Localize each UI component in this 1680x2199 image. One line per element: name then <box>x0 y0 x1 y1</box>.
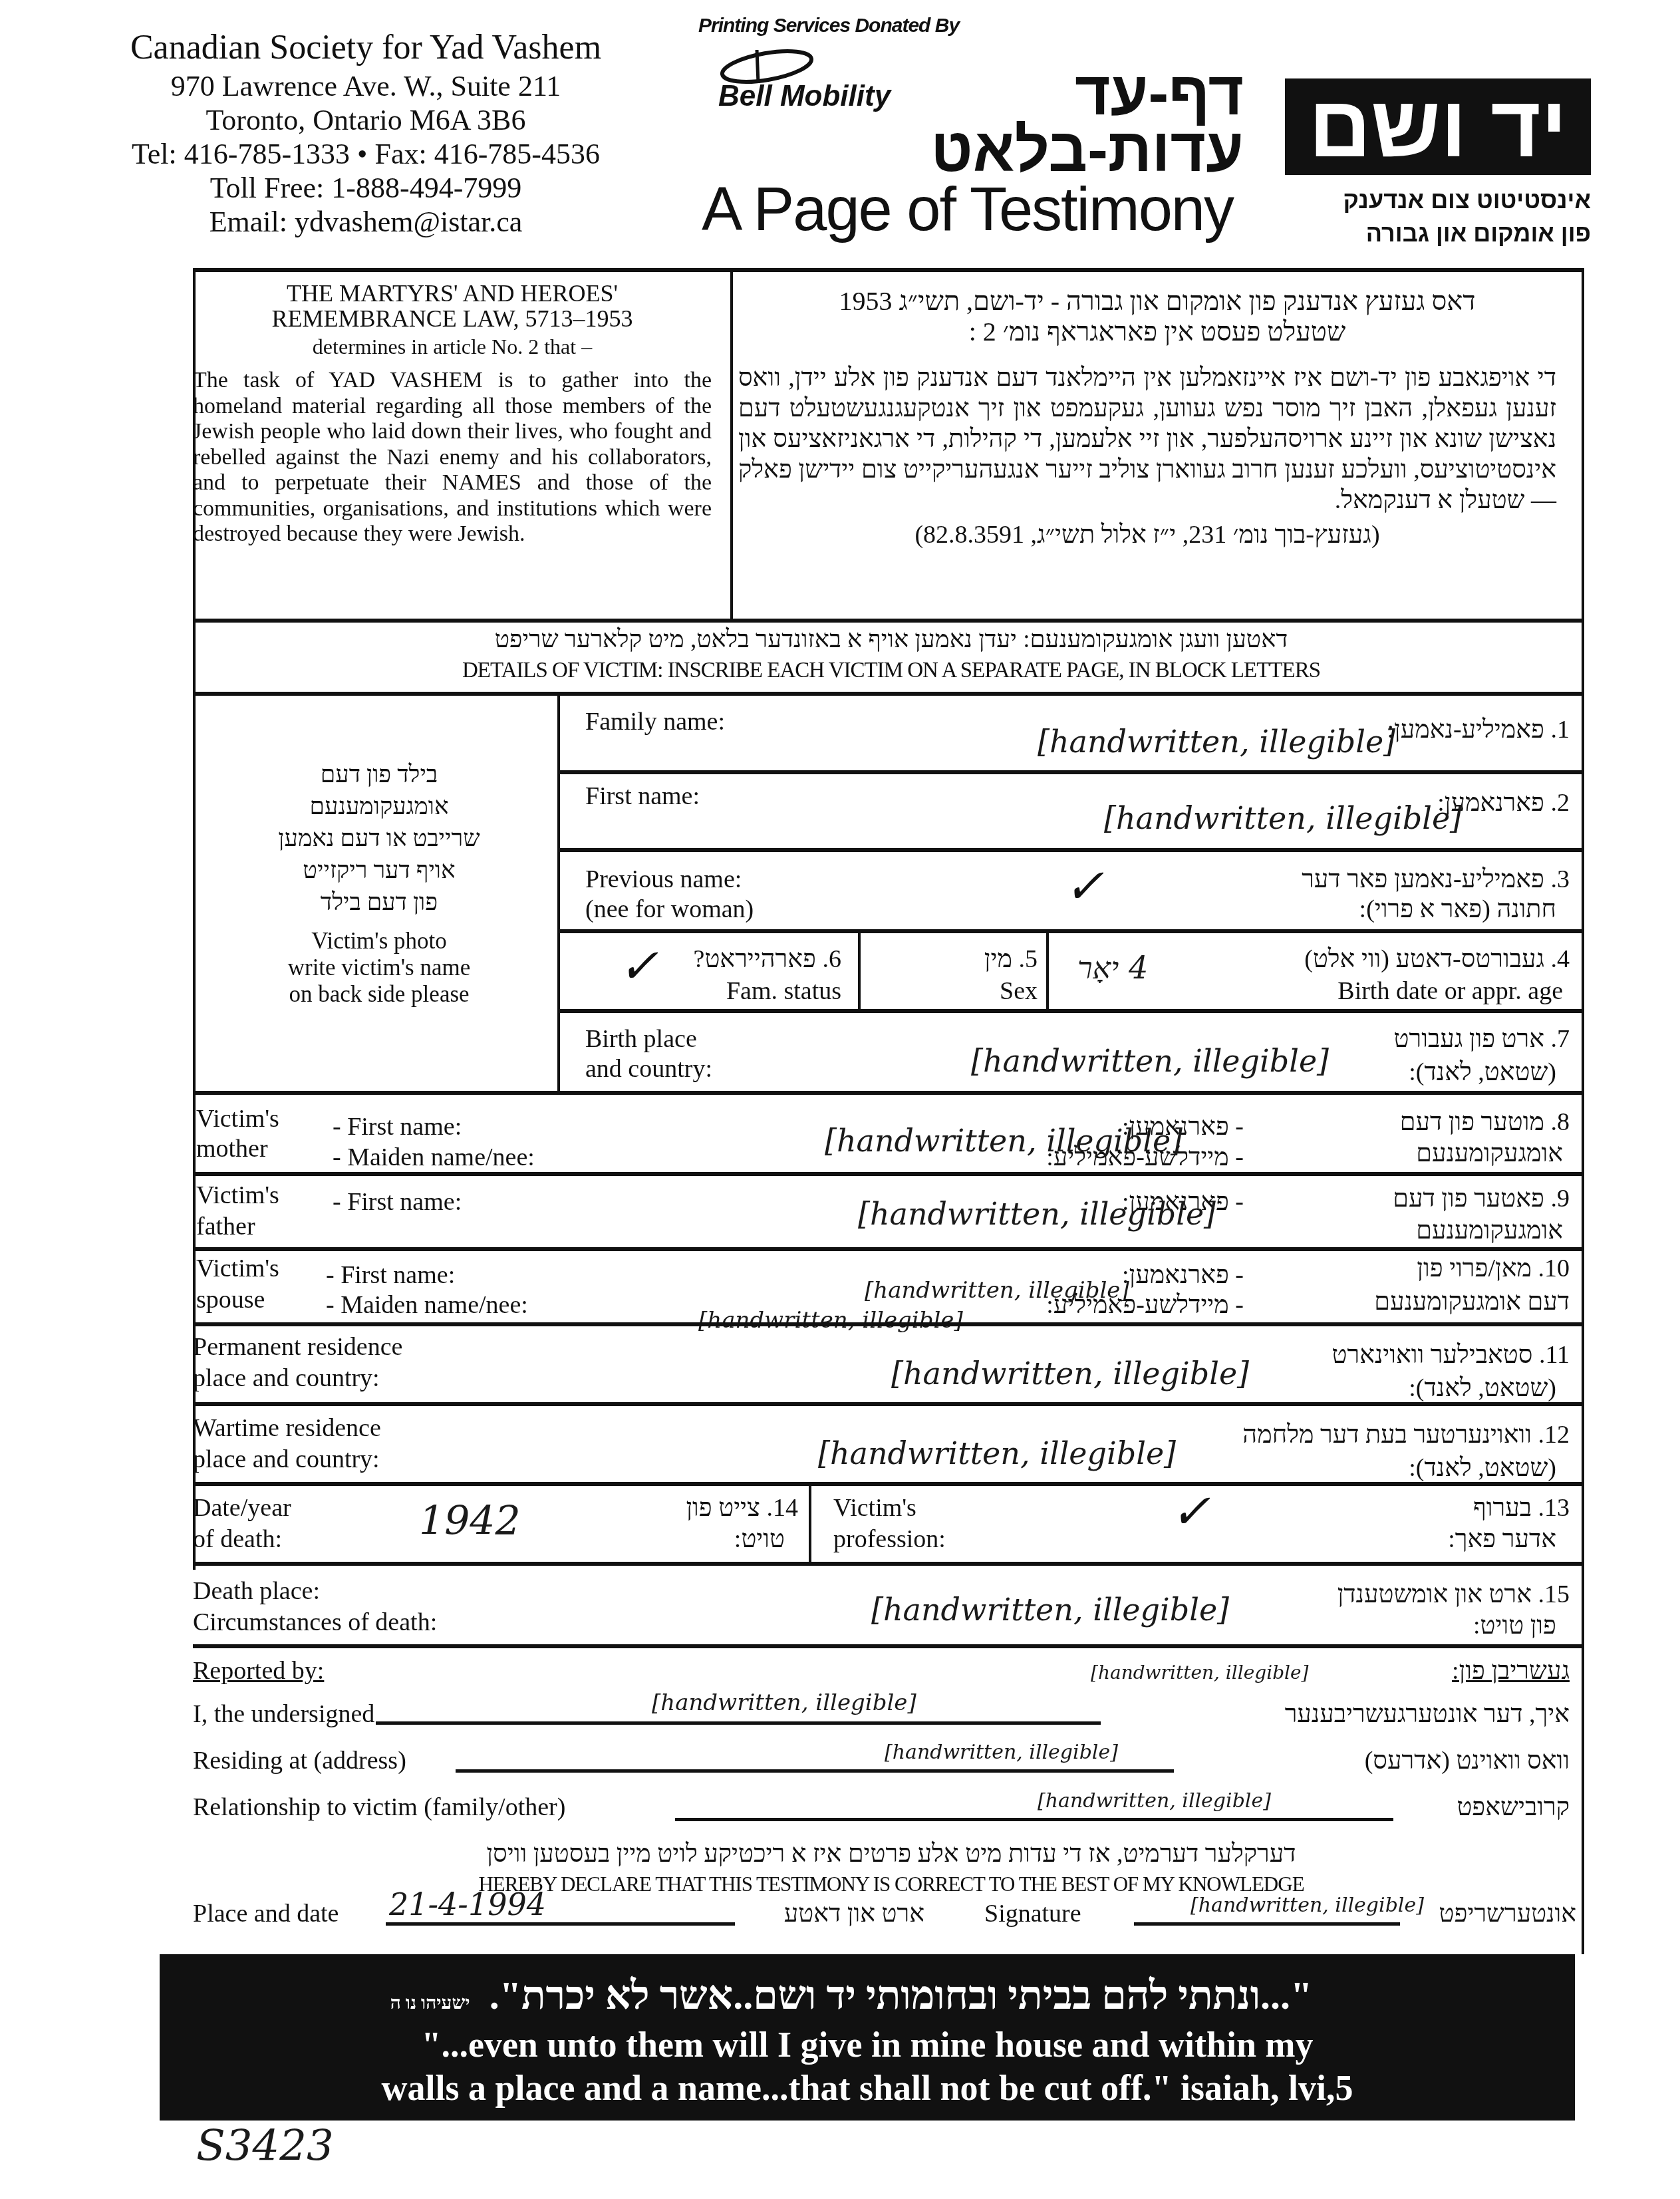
law-title-yiddish-line2: שטעלט פעסט אין פאראגראף נומ׳ 2 : <box>738 317 1576 347</box>
page-title: A Page of Testimony <box>702 176 1233 243</box>
signature-label-yiddish: אונטערשריפט <box>1403 1899 1576 1928</box>
law-title-english: THE MARTYRS' AND HEROES' REMEMBRANCE LAW… <box>200 281 705 331</box>
death-date-sublabel: of death: <box>193 1525 282 1554</box>
birth-place-sublabel: and country: <box>585 1054 712 1084</box>
row-divider <box>557 1009 1584 1013</box>
permanent-residence-value[interactable]: [handwritten, illegible] <box>891 1357 1249 1390</box>
photo-box-yiddish: בילד פון דעם אומגעקומענעם שרייבט או דעם … <box>203 758 555 918</box>
spouse-first-name-label: - First name: <box>326 1260 455 1290</box>
mother-heading-line2: mother <box>196 1134 268 1163</box>
permanent-residence-label: Permanent residence <box>193 1332 402 1362</box>
death-date-value[interactable]: 1942 <box>419 1505 521 1538</box>
row-divider <box>193 1562 1584 1566</box>
organization-name: Canadian Society for Yad Vashem <box>100 27 632 69</box>
footer-hebrew-citation: ישעיהו נו ה <box>390 1993 470 2013</box>
relationship-label: Relationship to victim (family/other) <box>193 1793 565 1822</box>
logo-subtitle-line2: פון אומקום און גבורה <box>1284 220 1591 247</box>
footer-hebrew-quote: "...ונתתי להם בביתי ובחומותי יד ושם..אשר… <box>490 1974 1313 2017</box>
father-first-name-value[interactable]: [handwritten, illegible] <box>858 1197 1216 1231</box>
row-divider <box>193 1322 1584 1326</box>
family-name-label: Family name: <box>585 707 725 736</box>
death-place-label-yiddish: 15. ארט און אומשטענדן <box>1230 1580 1570 1609</box>
details-header-yiddish: דאטען וועגן אומגעקומענעם: יעדן נאמען אוי… <box>200 625 1583 654</box>
spouse-heading: Victim's <box>196 1254 279 1283</box>
law-body-english: The task of YAD VASHEM is to gather into… <box>193 368 712 547</box>
footer-hebrew: "...ונתתי להם בביתי ובחומותי יד ושם..אשר… <box>226 1973 1476 2019</box>
wartime-residence-sublabel-yiddish: (שטאט, לאנד): <box>1230 1453 1556 1483</box>
undersigned-label-yiddish: איך, דער אונטערגעשריבענער <box>1237 1699 1570 1729</box>
birth-date-label: Birth date or appr. age <box>1230 976 1563 1006</box>
death-date-label: Date/year <box>193 1493 291 1523</box>
address-label-yiddish: וואס וואוינט (אדרעס) <box>1297 1746 1570 1775</box>
photo-english-line: write victim's name <box>203 954 555 981</box>
profession-label: Victim's <box>833 1493 916 1523</box>
relationship-underline <box>675 1818 1393 1821</box>
row-divider <box>193 1644 1584 1648</box>
death-place-sublabel-yiddish: פון טויט: <box>1230 1611 1556 1640</box>
undersigned-value[interactable]: [handwritten, illegible] <box>652 1686 916 1719</box>
spouse-maiden-name-value[interactable]: [handwritten, illegible] <box>698 1304 963 1337</box>
law-title-yiddish: דאס געזעץ אנדענק פון אומקום און גבורה - … <box>738 286 1576 347</box>
cell-divider <box>858 929 861 1009</box>
photo-yiddish-line: בילד פון דעם <box>203 758 555 790</box>
birth-date-label-yiddish: 4. געבורטס-דאטע (ווי אלט) <box>1230 945 1570 974</box>
profession-value[interactable]: ✓ <box>1171 1483 1210 1540</box>
wartime-residence-sublabel: place and country: <box>193 1445 380 1474</box>
previous-name-value[interactable]: ✓ <box>1064 858 1104 915</box>
organization-toll-free: Toll Free: 1-888-494-7999 <box>100 171 632 205</box>
details-header-left-border <box>193 619 196 698</box>
place-and-date-label-yiddish: ארט און דאטע <box>738 1899 924 1928</box>
organization-address-line2: Toronto, Ontario M6A 3B6 <box>100 103 632 137</box>
wartime-residence-value[interactable]: [handwritten, illegible] <box>818 1437 1176 1470</box>
death-place-value[interactable]: [handwritten, illegible] <box>871 1593 1229 1626</box>
birth-place-label: Birth place <box>585 1024 697 1054</box>
mother-maiden-name-label: - Maiden name/nee: <box>333 1143 535 1172</box>
mother-heading: Victim's <box>196 1104 279 1133</box>
law-box-top-border <box>193 268 1584 272</box>
row-divider <box>557 770 1584 774</box>
undersigned-underline <box>376 1721 1101 1725</box>
death-date-sublabel-yiddish: טויט: <box>619 1525 785 1554</box>
law-box-divider <box>730 268 733 621</box>
law-subtitle-english: determines in article No. 2 that – <box>200 335 705 359</box>
spouse-heading-line2: spouse <box>196 1285 265 1314</box>
row-divider <box>193 1247 1584 1251</box>
previous-name-sublabel: (nee for woman) <box>585 895 754 924</box>
title-yiddish-line1: דף-עד <box>885 63 1244 124</box>
cell-divider <box>1046 929 1049 1009</box>
previous-name-sublabel-yiddish: חתונה (פאר א פרוי): <box>1197 895 1556 924</box>
form-right-border <box>1582 268 1584 1954</box>
title-yiddish-line2: עדות-בלאט <box>818 120 1244 181</box>
reported-by-label: Reported by: <box>193 1656 324 1686</box>
fam-status-label-yiddish: 6. פארהייראט? <box>665 945 841 974</box>
place-and-date-underline <box>386 1922 735 1926</box>
relationship-value[interactable]: [handwritten, illegible] <box>1038 1785 1271 1818</box>
father-heading: Victim's <box>196 1181 279 1210</box>
signature-underline <box>1134 1922 1400 1926</box>
fam-status-value[interactable]: ✓ <box>619 938 658 994</box>
family-name-value[interactable]: [handwritten, illegible] <box>1038 725 1395 758</box>
spouse-first-name-value[interactable]: [handwritten, illegible] <box>865 1274 1129 1307</box>
row-divider <box>193 1402 1584 1406</box>
photo-box-english: Victim's photo write victim's name on ba… <box>203 928 555 1008</box>
father-first-name-label: - First name: <box>333 1187 462 1217</box>
place-and-date-value[interactable]: 21-4-1994 <box>389 1888 546 1921</box>
birth-place-value[interactable]: [handwritten, illegible] <box>971 1044 1329 1078</box>
photo-yiddish-line: שרייבט או דעם נאמען <box>203 822 555 854</box>
sponsor-text: Printing Services Donated By <box>698 15 959 37</box>
organization-email: Email: ydvashem@istar.ca <box>100 205 632 239</box>
photo-yiddish-line: אומגעקומענעם <box>203 790 555 822</box>
sponsor-logo-text: Bell Mobility <box>718 80 891 113</box>
signature-value[interactable]: [handwritten, illegible] <box>1190 1889 1424 1922</box>
death-date-label-yiddish: 14. צייט פון <box>619 1493 798 1523</box>
organization-phones: Tel: 416-785-1333 • Fax: 416-785-4536 <box>100 137 632 171</box>
permanent-residence-label-yiddish: 11. סטאבילער וואוינארט <box>1230 1340 1570 1370</box>
first-name-value[interactable]: [handwritten, illegible] <box>1104 802 1462 835</box>
row-divider <box>557 929 1584 933</box>
spouse-heading-yiddish: 10. מאן/פרוי פון <box>1297 1254 1570 1283</box>
footer-english-line2: walls a place and a name...that shall no… <box>160 2067 1575 2109</box>
declaration-yiddish: דערקלער דערמיט, אז די עדות מיט אלע פרטים… <box>200 1839 1583 1868</box>
spouse-maiden-name-label: - Maiden name/nee: <box>326 1290 528 1320</box>
sex-label-yiddish: 5. מין <box>898 945 1038 974</box>
photo-english-line: on back side please <box>203 981 555 1008</box>
profession-sublabel-yiddish: אדער פאך: <box>1330 1525 1556 1554</box>
death-place-label: Death place: <box>193 1576 320 1606</box>
father-heading-yiddish: 9. פאטער פון דעם <box>1297 1184 1570 1213</box>
first-name-label: First name: <box>585 782 700 811</box>
law-body-yiddish: די אויפגאבע פון יד-ושם איז איינזאמלען אי… <box>738 363 1556 550</box>
spouse-heading-yiddish-line2: דעם אומגעקומענעם <box>1297 1287 1570 1316</box>
law-box-bottom-border <box>193 619 1584 623</box>
law-title-line2: REMEMBRANCE LAW, 5713–1953 <box>200 306 705 331</box>
row-divider <box>557 848 1584 852</box>
mother-first-name-label: - First name: <box>333 1112 462 1141</box>
mother-first-name-value[interactable]: [handwritten, illegible] <box>825 1124 1183 1157</box>
details-header-bottom-border <box>193 692 1584 696</box>
previous-name-label: Previous name: <box>585 865 742 894</box>
details-header-english: DETAILS OF VICTIM: INSCRIBE EACH VICTIM … <box>200 659 1583 683</box>
law-citation-yiddish: (געזעץ-בוך נומ׳ 231, י״ז אלול תשי״ג, 82.… <box>738 519 1556 550</box>
profession-sublabel: profession: <box>833 1525 946 1554</box>
father-heading-yiddish-line2: אומגעקומענעם <box>1297 1216 1563 1245</box>
mother-heading-yiddish-line2: אומגעקומענעם <box>1297 1139 1563 1168</box>
organization-block: Canadian Society for Yad Vashem 970 Lawr… <box>100 27 632 239</box>
row-divider <box>193 1172 1584 1176</box>
wartime-residence-label-yiddish: 12. וואוינערטער בעת דער מלחמה <box>1131 1420 1570 1449</box>
address-label: Residing at (address) <box>193 1746 406 1775</box>
law-title-line1: THE MARTYRS' AND HEROES' <box>200 281 705 306</box>
photo-box-divider <box>557 692 560 1091</box>
sex-label: Sex <box>898 976 1038 1006</box>
address-underline <box>456 1769 1174 1773</box>
row-divider <box>193 1091 1584 1095</box>
photo-yiddish-line: פון דעם בילד <box>203 886 555 918</box>
father-heading-line2: father <box>196 1212 255 1241</box>
mother-heading-yiddish: 8. מוטער פון דעם <box>1297 1107 1570 1137</box>
wartime-residence-label: Wartime residence <box>193 1413 381 1443</box>
address-value[interactable]: [handwritten, illegible] <box>885 1736 1118 1769</box>
reported-by-label-yiddish: געשריבן פון: <box>1330 1656 1570 1686</box>
circumstances-of-death-label: Circumstances of death: <box>193 1608 437 1637</box>
relationship-label-yiddish: קרובישאפט <box>1423 1793 1570 1822</box>
cell-divider <box>809 1482 811 1563</box>
birth-date-value[interactable]: 4 יאָר <box>1077 951 1148 984</box>
permanent-residence-sublabel: place and country: <box>193 1364 380 1393</box>
footer-english-line1: "...even unto them will I give in mine h… <box>160 2024 1575 2065</box>
permanent-residence-sublabel-yiddish: (שטאט, לאנד): <box>1230 1374 1556 1403</box>
reported-by-value[interactable]: [handwritten, illegible] <box>1091 1656 1309 1689</box>
yad-vashem-logo: יד ושם <box>1285 78 1591 175</box>
law-body-yiddish-text: די אויפגאבע פון יד-ושם איז איינזאמלען אי… <box>738 364 1556 514</box>
archive-number: S3423 <box>196 2122 334 2171</box>
place-and-date-label: Place and date <box>193 1899 339 1928</box>
profession-label-yiddish: 13. בערוף <box>1330 1493 1570 1523</box>
footer-quote-band: "...ונתתי להם בביתי ובחומותי יד ושם..אשר… <box>160 1954 1575 2121</box>
photo-yiddish-line: אויף דער ריקזייט <box>203 854 555 886</box>
undersigned-label: I, the undersigned <box>193 1699 374 1729</box>
fam-status-label: Fam. status <box>692 976 841 1006</box>
logo-subtitle-line1: אינסטיטוט צום אנדענק <box>1284 186 1591 214</box>
row-divider <box>193 1482 1584 1486</box>
organization-address-line1: 970 Lawrence Ave. W., Suite 211 <box>100 69 632 103</box>
photo-english-line: Victim's photo <box>203 928 555 954</box>
previous-name-label-yiddish: 3. פאמיליע-נאמען פאר דער <box>1197 865 1570 894</box>
signature-label: Signature <box>984 1899 1081 1928</box>
law-title-yiddish-line1: דאס געזעץ אנדענק פון אומקום און גבורה - … <box>738 286 1576 317</box>
